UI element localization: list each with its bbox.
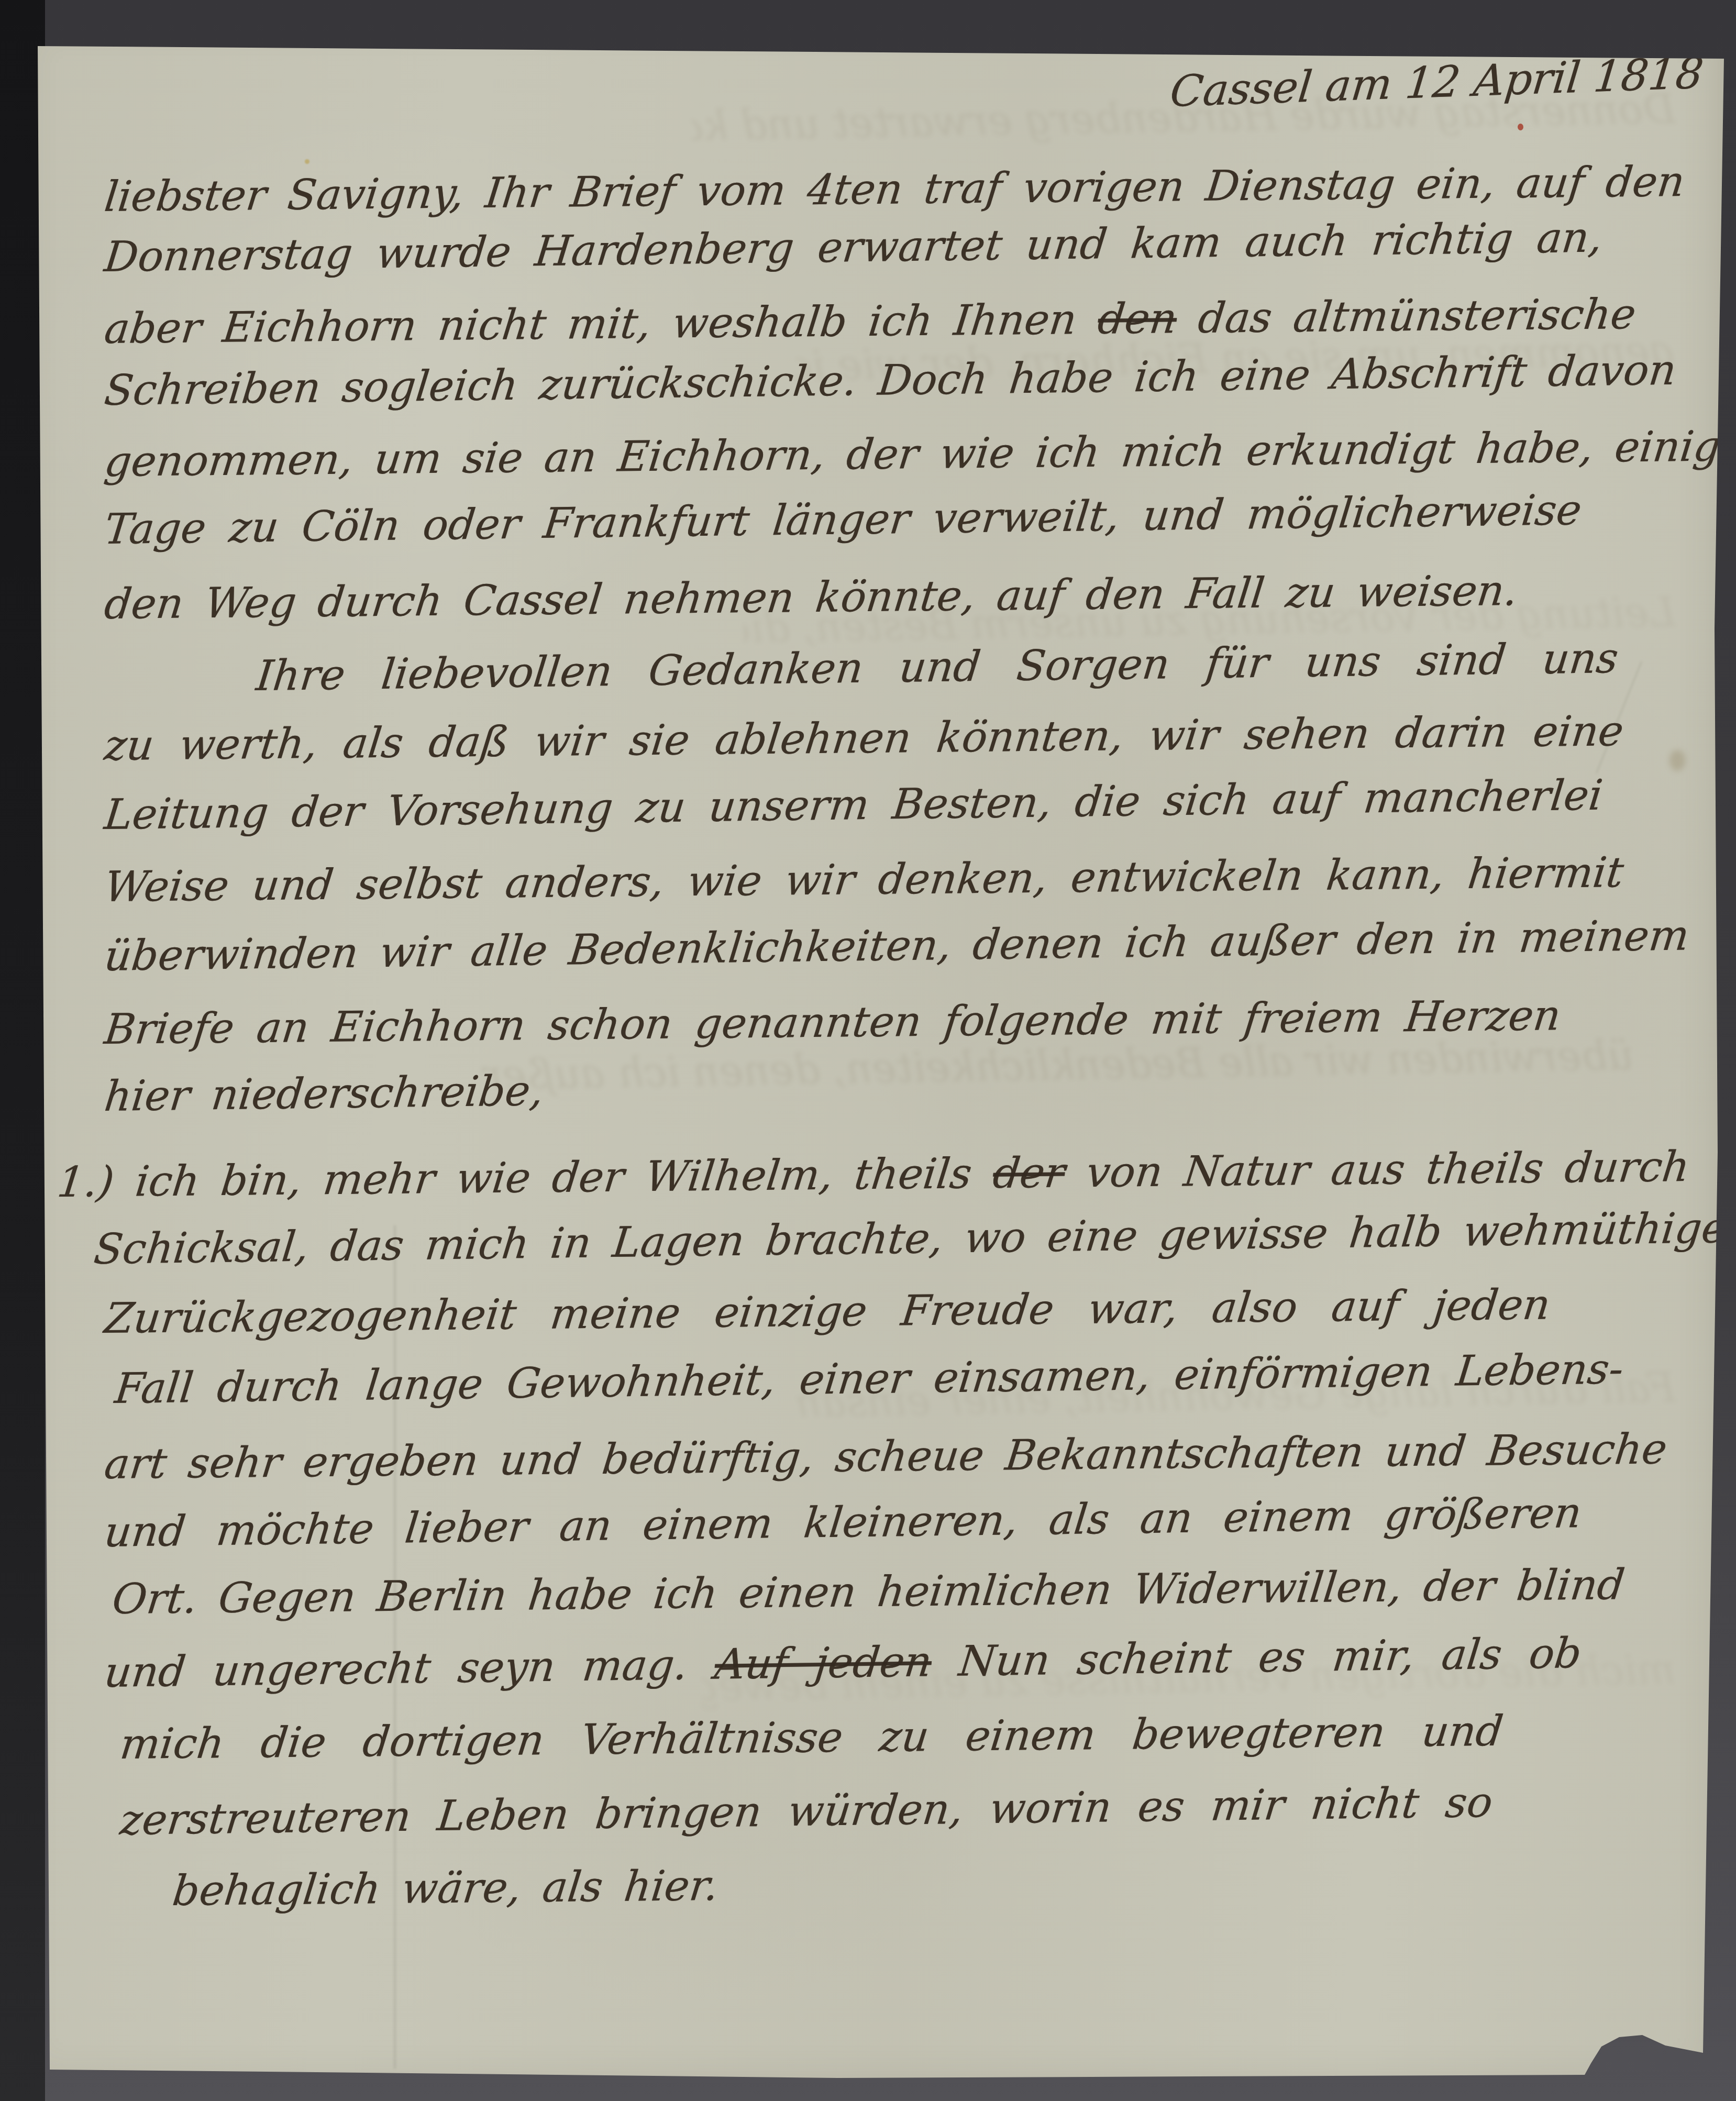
line-text: und möchte lieber an einem kleineren, al… [102,1488,1584,1556]
line-text: liebster Savigny, Ihr Brief vom 4ten tra… [102,157,1687,221]
line-text: Tage zu Cöln oder Frankfurt länger verwe… [102,485,1584,554]
line-text: Zurückgezogenheit meine einzige Freude w… [102,1280,1553,1343]
line-text: aber Eichhorn nicht mit, weshalb ich Ihn… [102,295,1079,353]
letter-line: Fall durch lange Gewohnheit, einer einsa… [113,1345,1626,1413]
letter-line: zerstreuteren Leben bringen würden, wori… [118,1778,1495,1844]
letter-line: Donnerstag wurde Hardenberg erwartet und… [102,213,1605,281]
letter-line: liebster Savigny, Ihr Brief vom 4ten tra… [102,158,1626,221]
letter-line: 1.) ich bin, mehr wie der Wilhelm, theil… [55,1143,1631,1207]
line-text: genommen, um sie an Eichhorn, der wie ic… [102,422,1736,486]
line-text: Nun scheint es mir, als ob [957,1629,1584,1686]
line-text: 1.) ich bin, mehr wie der Wilhelm, theil… [55,1149,975,1207]
line-text: art sehr ergeben und bedürftig, scheue B… [102,1424,1670,1488]
line-text: Weise und selbst anders, wie wir denken,… [102,848,1626,911]
letter-line: Schreiben sogleich zurückschicke. Doch h… [102,347,1626,415]
line-text: mich die dortigen Verhältnisse zu einem … [118,1707,1506,1768]
letter-line: Leitung der Vorsehung zu unserm Besten, … [102,771,1605,839]
letter-line: Ort. Gegen Berlin habe ich einen heimlic… [110,1561,1623,1623]
line-text: behaglich wäre, als hier. [170,1861,721,1915]
line-text: zerstreuteren Leben bringen würden, wori… [118,1778,1495,1844]
letter-line: behaglich wäre, als hier. [170,1862,721,1915]
line-text: Schreiben sogleich zurückschicke. Doch h… [102,346,1679,415]
line-text: hier niederschreibe, [102,1066,546,1121]
line-text: Ort. Gegen Berlin habe ich einen heimlic… [110,1560,1627,1623]
line-text: von Natur aus theils durch [1084,1142,1693,1197]
line-text: das altmünsterische [1196,290,1638,342]
paper-fleck [305,159,309,164]
letter-line: genommen, um sie an Eichhorn, der wie ic… [102,423,1637,486]
line-text: zu werth, als daß wir sie ablehnen könnt… [102,706,1626,770]
letter-line: Tage zu Cöln oder Frankfurt länger verwe… [102,486,1584,554]
line-text: Briefe an Eichhorn schon genannten folge… [102,991,1563,1054]
letter-line: Schicksal, das mich in Lagen brachte, wo… [92,1205,1637,1274]
red-fiber-dot [1518,124,1523,130]
dateline: Cassel am 12 April 1818 [1168,48,1706,117]
line-text: überwinden wir alle Bedenklichkeiten, de… [102,911,1691,980]
letter-line: art sehr ergeben und bedürftig, scheue B… [102,1425,1626,1488]
letter-line: zu werth, als daß wir sie ablehnen könnt… [102,707,1626,770]
letter-line: und möchte lieber an einem kleineren, al… [102,1489,1584,1556]
letter-line: Weise und selbst anders, wie wir denken,… [102,848,1626,911]
letter-paper: Donnerstag wurde Hardenberg erwartet und… [0,0,1736,2101]
line-text: Donnerstag wurde Hardenberg erwartet und… [102,213,1605,281]
line-text: und ungerecht seyn mag. [102,1640,690,1697]
line-text: den Weg durch Cassel nehmen könnte, auf … [102,566,1520,628]
line-text: Schicksal, das mich in Lagen brachte, wo… [92,1203,1729,1274]
letter-line: und ungerecht seyn mag. Auf jeden Nun sc… [102,1629,1584,1697]
edge-smudge [1669,750,1685,771]
letter-scan: Donnerstag wurde Hardenberg erwartet und… [0,0,1736,2101]
letter-line: Ihre liebevollen Gedanken und Sorgen für… [254,634,1621,700]
struck-word: den [1096,294,1180,344]
book-gutter-strip [0,0,45,2101]
letter-line: Zurückgezogenheit meine einzige Freude w… [102,1280,1553,1343]
struck-word: der [991,1148,1068,1197]
letter-line: aber Eichhorn nicht mit, weshalb ich Ihn… [102,290,1626,353]
letter-line: überwinden wir alle Bedenklichkeiten, de… [102,912,1637,980]
line-text: Ihre liebevollen Gedanken und Sorgen für… [254,634,1621,700]
line-text: Leitung der Vorsehung zu unserm Besten, … [102,770,1605,839]
letter-line: hier niederschreibe, [102,1067,546,1121]
letter-line: mich die dortigen Verhältnisse zu einem … [118,1707,1506,1768]
struck-phrase: Auf jeden [712,1637,934,1689]
letter-line: den Weg durch Cassel nehmen könnte, auf … [102,567,1490,628]
line-text: Fall durch lange Gewohnheit, einer einsa… [113,1344,1626,1413]
letter-line: Briefe an Eichhorn schon genannten folge… [102,991,1563,1054]
